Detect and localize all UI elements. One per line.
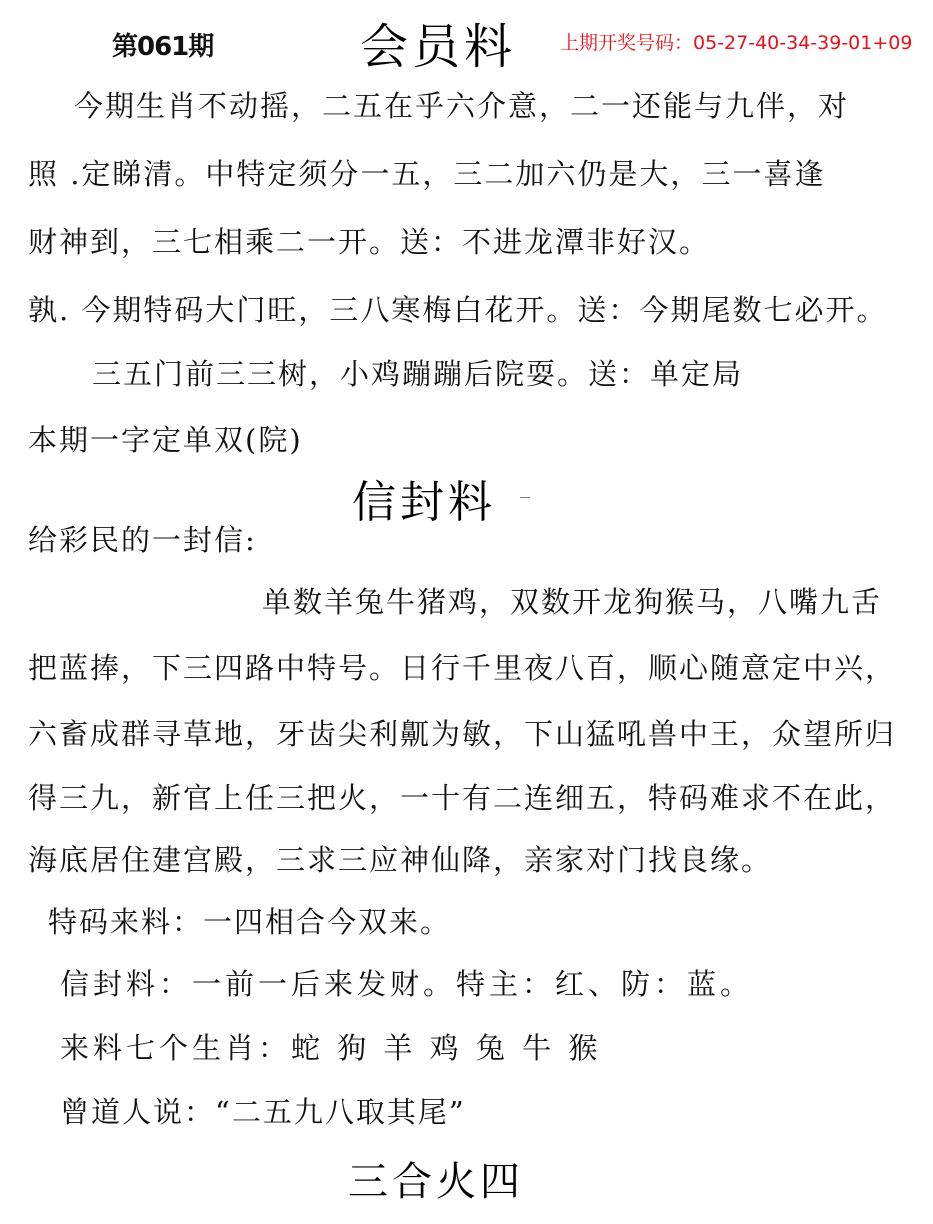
poem-line-1: 单数羊兔牛猪鸡，双数开龙狗猴马，八嘴九舌 xyxy=(262,580,882,621)
envelope-section-title: 信封料 xyxy=(352,466,496,530)
seven-zodiacs-label: 来料七个生肖： xyxy=(60,1031,291,1065)
member-line-5: 三五门前三三树，小鸡蹦蹦后院耍。送：单定局 xyxy=(92,352,743,393)
footer-title: 三合火四 xyxy=(348,1150,524,1207)
taoist-saying: 曾道人说：“二五九八取其尾” xyxy=(60,1090,466,1131)
member-line-4: 孰. 今期特码大门旺，三八寒梅白花开。送：今期尾数七必开。 xyxy=(28,288,887,329)
member-line-2: 照 .定睇清。中特定须分一五，三二加六仍是大，三一喜逢 xyxy=(28,152,825,193)
member-line-3: 财神到，三七相乘二一开。送：不进龙潭非好汉。 xyxy=(28,220,710,261)
page-title: 会员料 xyxy=(360,8,516,77)
seven-zodiacs-values: 蛇 狗 羊 鸡 兔 牛 猴 xyxy=(291,1031,601,1065)
special-source: 特码来料：一四相合今双来。 xyxy=(48,900,451,941)
last-draw-result: 上期开奖号码：05-27-40-34-39-01+09 xyxy=(560,28,912,55)
poem-line-3: 六畜成群寻草地，牙齿尖利鼿为敏，下山猛吼兽中王，众望所归 xyxy=(28,712,896,753)
divider xyxy=(520,497,530,498)
issue-number: 第061期 xyxy=(112,26,213,63)
letter-greeting: 给彩民的一封信: xyxy=(28,518,257,559)
last-draw-label: 上期开奖号码： xyxy=(560,32,693,54)
member-line-6: 本期一字定单双(院) xyxy=(28,418,303,459)
poem-line-4: 得三九，新官上任三把火，一十有二连细五，特码难求不在此， xyxy=(28,776,896,817)
poem-line-2: 把蓝捧，下三四路中特号。日行千里夜八百，顺心随意定中兴， xyxy=(28,646,896,687)
seven-zodiacs: 来料七个生肖：蛇 狗 羊 鸡 兔 牛 猴 xyxy=(60,1026,601,1067)
poem-line-5: 海底居住建宫殿，三求三应神仙降，亲家对门找良缘。 xyxy=(28,838,772,879)
envelope-tip: 信封料：一前一后来发财。特主：红、防：蓝。 xyxy=(60,962,753,1003)
member-line-1: 今期生肖不动摇，二五在乎六介意，二一还能与九伴，对 xyxy=(74,84,849,125)
last-draw-numbers: 05-27-40-34-39-01+09 xyxy=(693,32,912,54)
